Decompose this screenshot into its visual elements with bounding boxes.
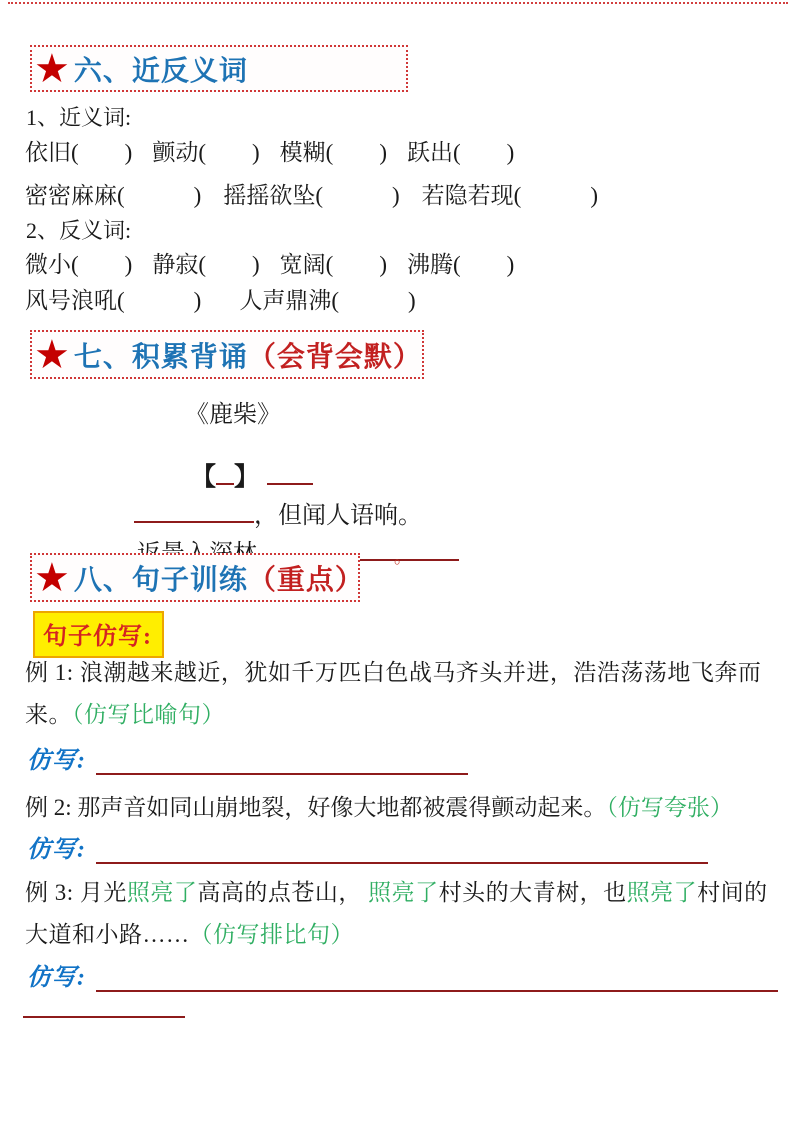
section7-title-note: （会背会默） [248,335,422,375]
imitation-label: 仿写: [27,829,86,864]
synonym-row-2: 密密麻麻( ) 摇摇欲坠( ) 若隐若现( ) [25,177,598,210]
example-3-paragraph: 例 3: 月光照亮了高高的点苍山， 照亮了村头的大青树，也照亮了村间的大道和小路… [25,872,777,956]
imitation-blank-2 [96,858,708,864]
imitation-blank-3-wrap [23,1012,185,1018]
example-2-paragraph: 例 2: 那声音如同山崩地裂，好像大地都被震得颤动起来。（仿写夸张） [25,787,791,829]
star-icon: ★ [34,560,70,596]
imitation-label: 仿写: [27,740,86,775]
word-blank: 若隐若现( ) [422,177,598,210]
word-blank: 摇摇欲坠( ) [223,177,399,210]
example-2-note: （仿写夸张） [606,795,733,820]
star-icon: ★ [34,51,70,87]
synonyms-sublabel: 1、近义词: [26,101,131,132]
example-3-text: 例 3: 月光 [25,880,127,905]
imitation-blank-3 [96,986,778,992]
example-1-paragraph: 例 1: 浪潮越来越近，犹如千万匹白色战马齐头并进，浩浩荡荡地飞奔而来。（仿写比… [25,652,775,736]
section6-title: 六、近反义词 [74,49,248,89]
imitation-row-1: 仿写: [27,740,468,775]
synonym-row-1: 依旧( ) 颤动( ) 模糊( ) 跃出( ) [25,134,514,167]
word-blank: 人声鼎沸( ) [239,282,415,315]
page-top-dotted-rule [8,2,788,4]
antonym-row-2: 风号浪吼( ) 人声鼎沸( ) [25,282,416,315]
poem-title: 《鹿柴》 [185,394,281,429]
sentence-imitation-highlight: 句子仿写: [33,611,164,658]
example-3-text: 村头的大青树，也 [439,880,627,905]
worksheet-page: ★ 六、近反义词 1、近义词: 依旧( ) 颤动( ) 模糊( ) 跃出( ) … [0,0,793,1122]
section7-title: 七、积累背诵 [74,335,248,375]
word-blank: 密密麻麻( ) [25,177,201,210]
word-blank: 微小( ) [25,246,132,279]
imitation-row-2: 仿写: [27,829,708,864]
example-3-text: 高高的点苍山， [197,880,368,905]
section6-header-box: ★ 六、近反义词 [30,45,408,92]
example-3-highlight: 照亮了 [368,880,439,905]
example-3-highlight: 照亮了 [627,880,698,905]
section8-header-box: ★ 八、句子训练 （重点） [30,553,360,602]
word-blank: 跃出( ) [407,134,514,167]
example-3-highlight: 照亮了 [127,880,198,905]
highlight-label: 句子仿写: [33,611,164,658]
word-blank: 颤动( ) [152,134,259,167]
example-3-note: （仿写排比句） [190,922,355,947]
antonyms-sublabel: 2、反义词: [26,214,131,245]
section8-title-note: （重点） [248,558,364,598]
word-blank: 宽阔( ) [280,246,387,279]
antonym-row-1: 微小( ) 静寂( ) 宽阔( ) 沸腾( ) [25,246,514,279]
word-blank: 沸腾( ) [407,246,514,279]
section7-header-box: ★ 七、积累背诵 （会背会默） [30,330,424,379]
section8-title: 八、句子训练 [74,558,248,598]
word-blank: 风号浪吼( ) [25,282,201,315]
word-blank: 静寂( ) [152,246,259,279]
imitation-row-3: 仿写: [27,957,778,992]
star-icon: ★ [34,337,70,373]
word-blank: 依旧( ) [25,134,132,167]
example-2-text: 例 2: 那声音如同山崩地裂，好像大地都被震得颤动起来。 [25,795,606,820]
word-blank: 模糊( ) [280,134,387,167]
poem-line3-period: 。 [394,549,411,566]
imitation-label: 仿写: [27,957,86,992]
example-1-note: （仿写比喻句） [72,702,225,727]
imitation-blank-1 [96,769,468,775]
